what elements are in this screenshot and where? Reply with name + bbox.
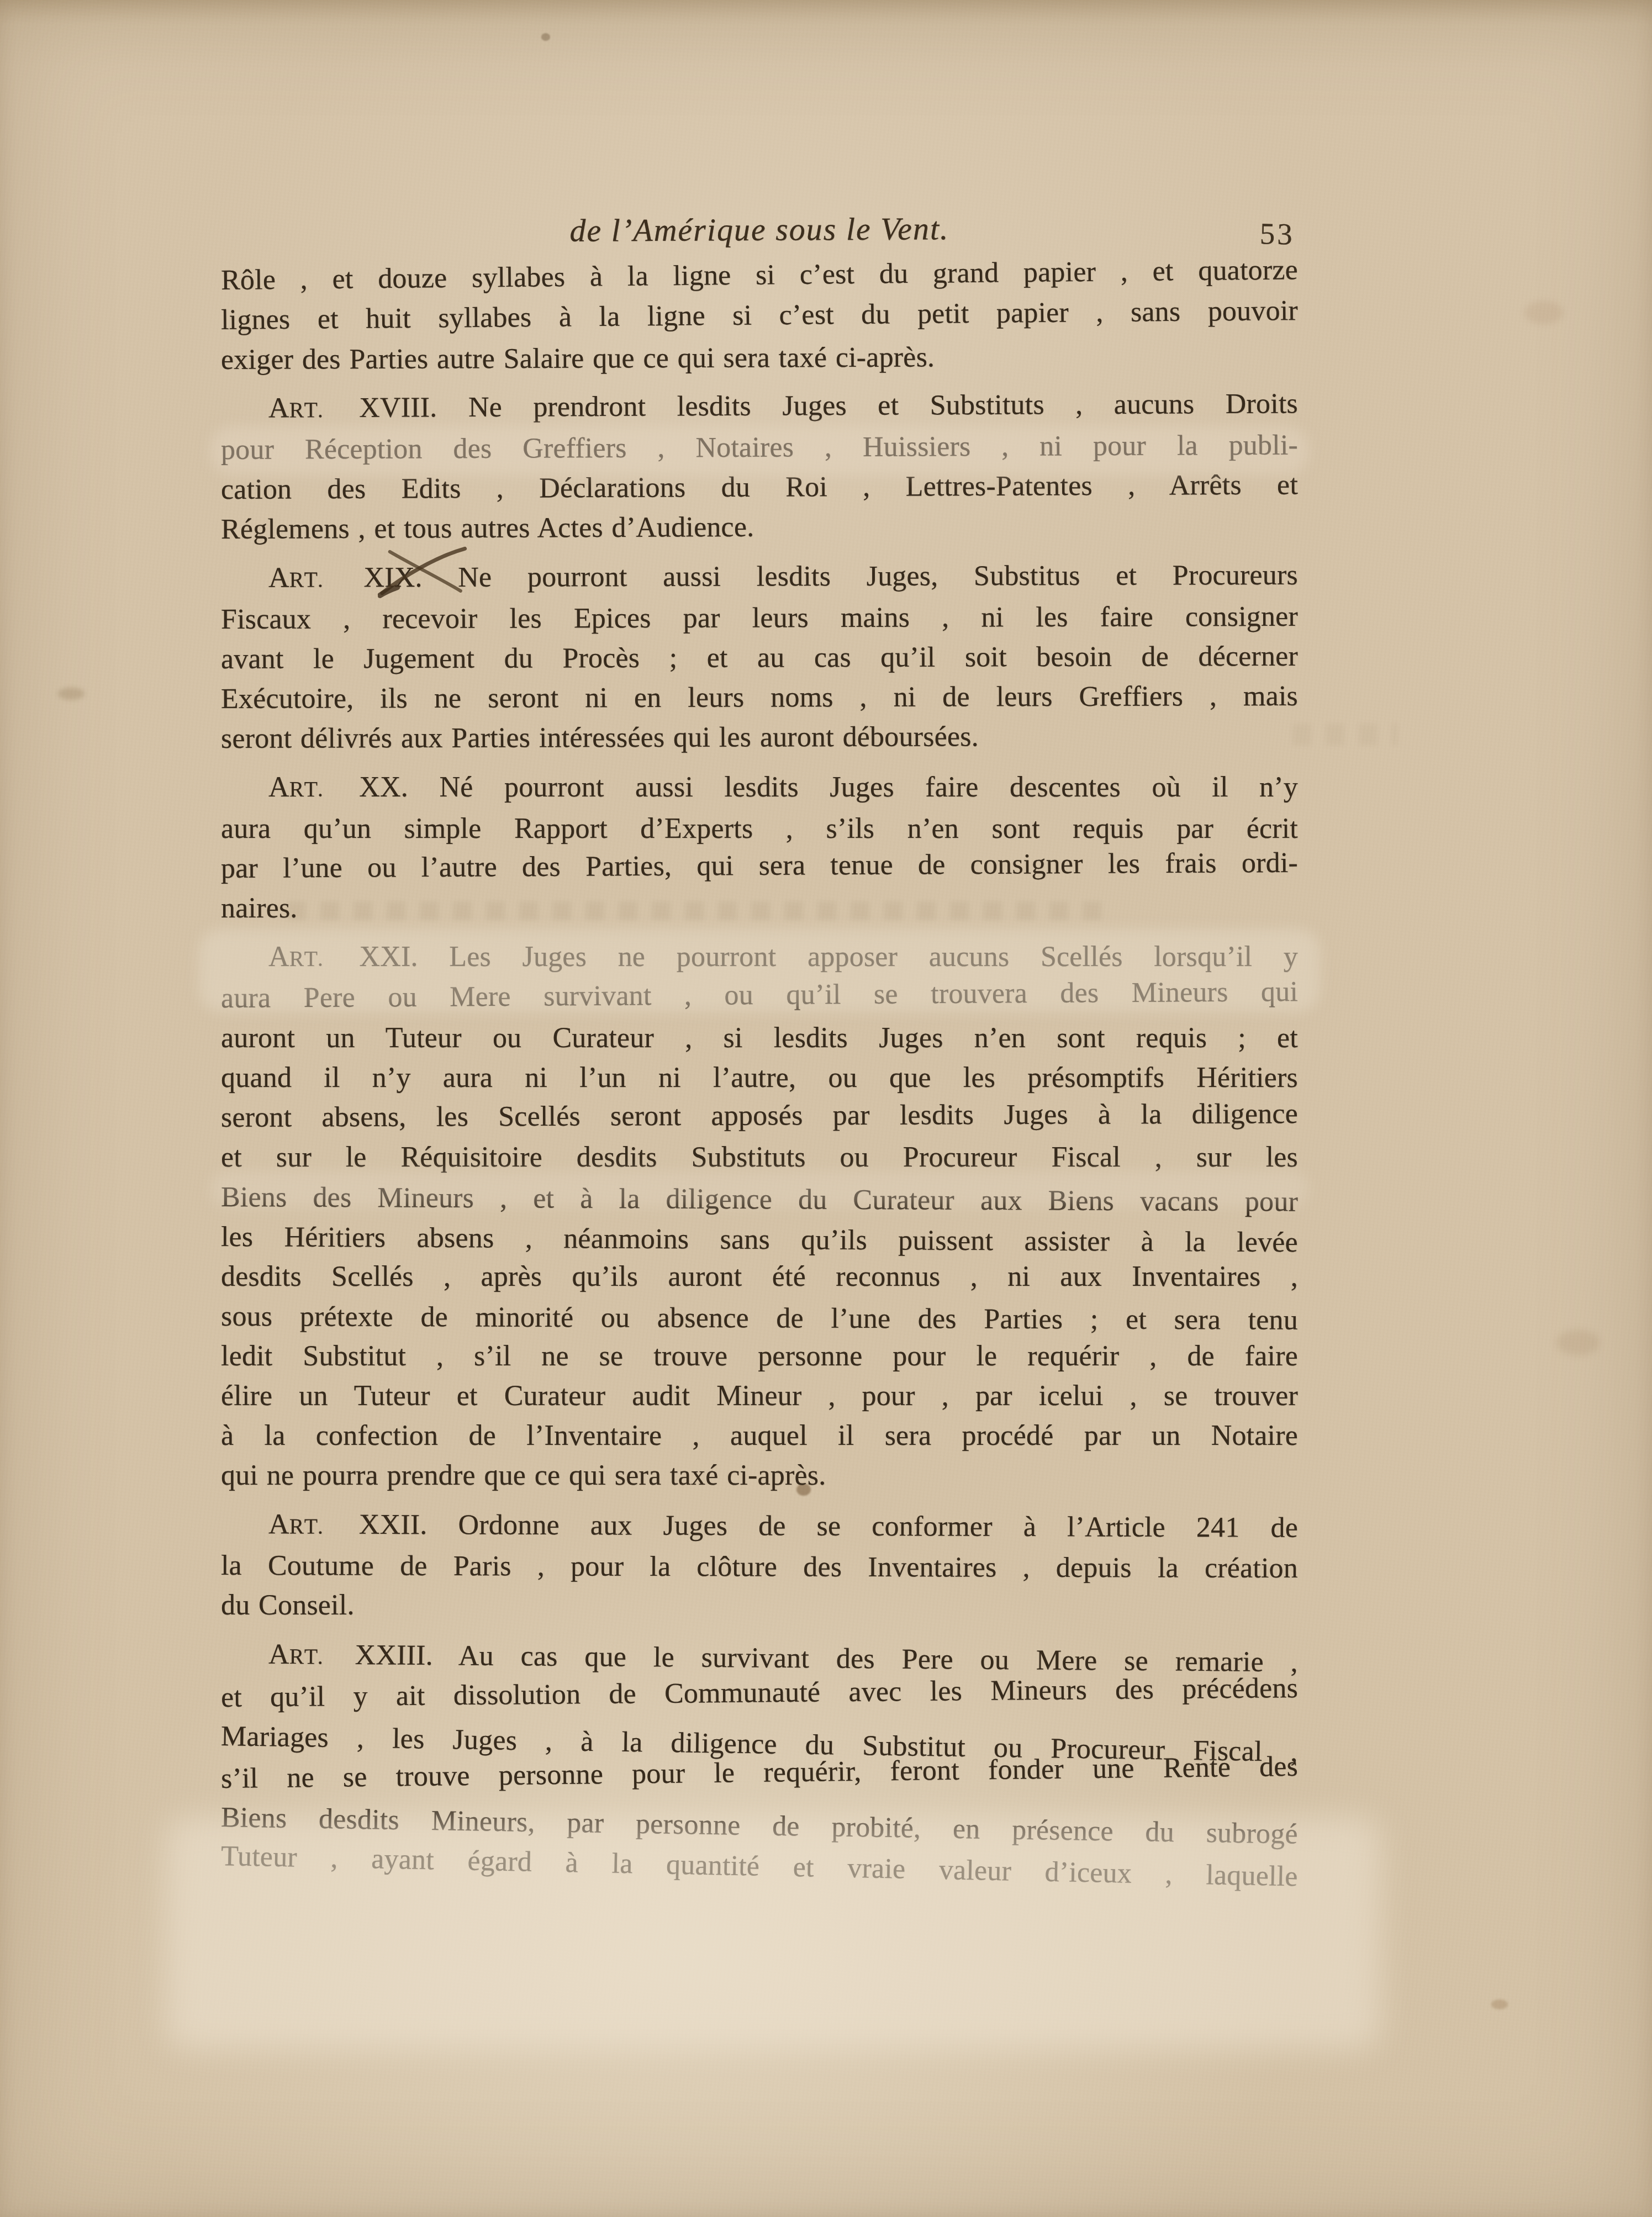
text-line: du Conseil.	[221, 1586, 1298, 1625]
article-label: Art.	[268, 1639, 325, 1671]
text-line: aura Pere ou Mere survivant , ou qu’il s…	[221, 972, 1298, 1018]
show-through-ghost-text	[1292, 724, 1397, 746]
text-line: élire un Tuteur et Curateur audit Mineur…	[221, 1376, 1298, 1416]
text-line: Art. XXI. Les Juges ne pourront apposer …	[221, 937, 1298, 979]
text-line: seront absens, les Scellés seront apposé…	[221, 1094, 1298, 1138]
text-line: Fiscaux , recevoir les Epices par leurs …	[221, 597, 1298, 640]
text-line: les Héritiers absens , néanmoins sans qu…	[221, 1217, 1298, 1263]
text-line: aura qu’un simple Rapport d’Experts , s’…	[221, 809, 1298, 849]
text-line: Biens des Mineurs , et à la diligence du…	[221, 1178, 1298, 1222]
running-header-title: de l’Amérique sous le Vent.	[221, 208, 1298, 251]
text-line: Art. XIX. Ne pourront aussi lesdits Juge…	[221, 556, 1298, 600]
text-line: cation des Edits , Déclarations du Roi ,…	[221, 465, 1298, 510]
text-line: auront un Tuteur ou Curateur , si lesdit…	[221, 1018, 1298, 1058]
text-line: seront délivrés aux Parties intéressées …	[221, 716, 1298, 759]
page-number: 53	[1259, 216, 1295, 251]
text-line: exiger des Parties autre Salaire que ce …	[221, 336, 1298, 380]
scanned-book-page: { "colors": { "paper": "#d4c2a6", "ink":…	[0, 0, 1652, 2217]
paragraph-art-xviii: Art. XVIII. Ne prendront lesdits Juges e…	[221, 389, 1298, 550]
text-block: Rôle , et douze syllabes à la ligne si c…	[221, 261, 1298, 1875]
text-line: qui ne pourra prendre que ce qui sera ta…	[221, 1456, 1298, 1496]
paragraph-art-xix: Art. XIX. Ne pourront aussi lesdits Juge…	[221, 558, 1298, 759]
text-line: Exécutoire, ils ne seront ni en leurs no…	[221, 677, 1298, 719]
paper-stain	[1556, 1330, 1600, 1355]
text-line: Art. XXII. Ordonne aux Juges de se confo…	[221, 1505, 1298, 1550]
paragraph-art-xxii: Art. XXII. Ordonne aux Juges de se confo…	[221, 1505, 1298, 1625]
ink-cross-mark	[328, 547, 425, 603]
article-label: Art.	[268, 392, 325, 424]
text-line: avant le Jugement du Procès ; et au cas …	[221, 637, 1298, 679]
text-line: par l’une ou l’autre des Parties, qui se…	[221, 843, 1298, 889]
text-line: Art. XVIII. Ne prendront lesdits Juges e…	[221, 384, 1298, 430]
running-head: de l’Amérique sous le Vent. 53	[221, 211, 1298, 248]
text-line: Réglemens , et tous autres Actes d’Audie…	[221, 505, 1298, 550]
paper-speck	[541, 33, 550, 41]
text-line: pour Réception des Greffiers , Notaires …	[221, 425, 1298, 470]
article-label: Art.	[268, 941, 325, 973]
text-line: sous prétexte de minorité ou absence de …	[221, 1297, 1298, 1340]
text-line: la Coutume de Paris , pour la clôture de…	[221, 1546, 1298, 1588]
paper-speck	[1491, 1999, 1508, 2009]
text-line: naires.	[221, 889, 1298, 928]
paper-stain	[1524, 301, 1563, 324]
article-label: Art.	[268, 772, 325, 803]
text-line: quand il n’y aura ni l’un ni l’autre, ou…	[221, 1058, 1298, 1098]
text-line: à la confection de l’Inventaire , auquel…	[221, 1416, 1298, 1456]
article-label: Art.	[268, 562, 325, 594]
paragraph-art-xxiii: Art. XXIII. Au cas que le survivant des …	[221, 1634, 1298, 1875]
paper-stain	[58, 688, 85, 700]
paragraph-continuation: Rôle , et douze syllabes à la ligne si c…	[221, 261, 1298, 380]
text-line: Art. XX. Né pourront aussi lesdits Juges…	[221, 768, 1298, 809]
text-line: et sur le Réquisitoire desdits Substitut…	[221, 1138, 1298, 1178]
article-label: Art.	[268, 1508, 325, 1540]
text-line: ledit Substitut , s’il ne se trouve pers…	[221, 1337, 1298, 1376]
paragraph-art-xx: Art. XX. Né pourront aussi lesdits Juges…	[221, 768, 1298, 928]
paragraph-art-xxi: Art. XXI. Les Juges ne pourront apposer …	[221, 937, 1298, 1496]
text-line: desdits Scellés , après qu’ils auront ét…	[221, 1257, 1298, 1297]
